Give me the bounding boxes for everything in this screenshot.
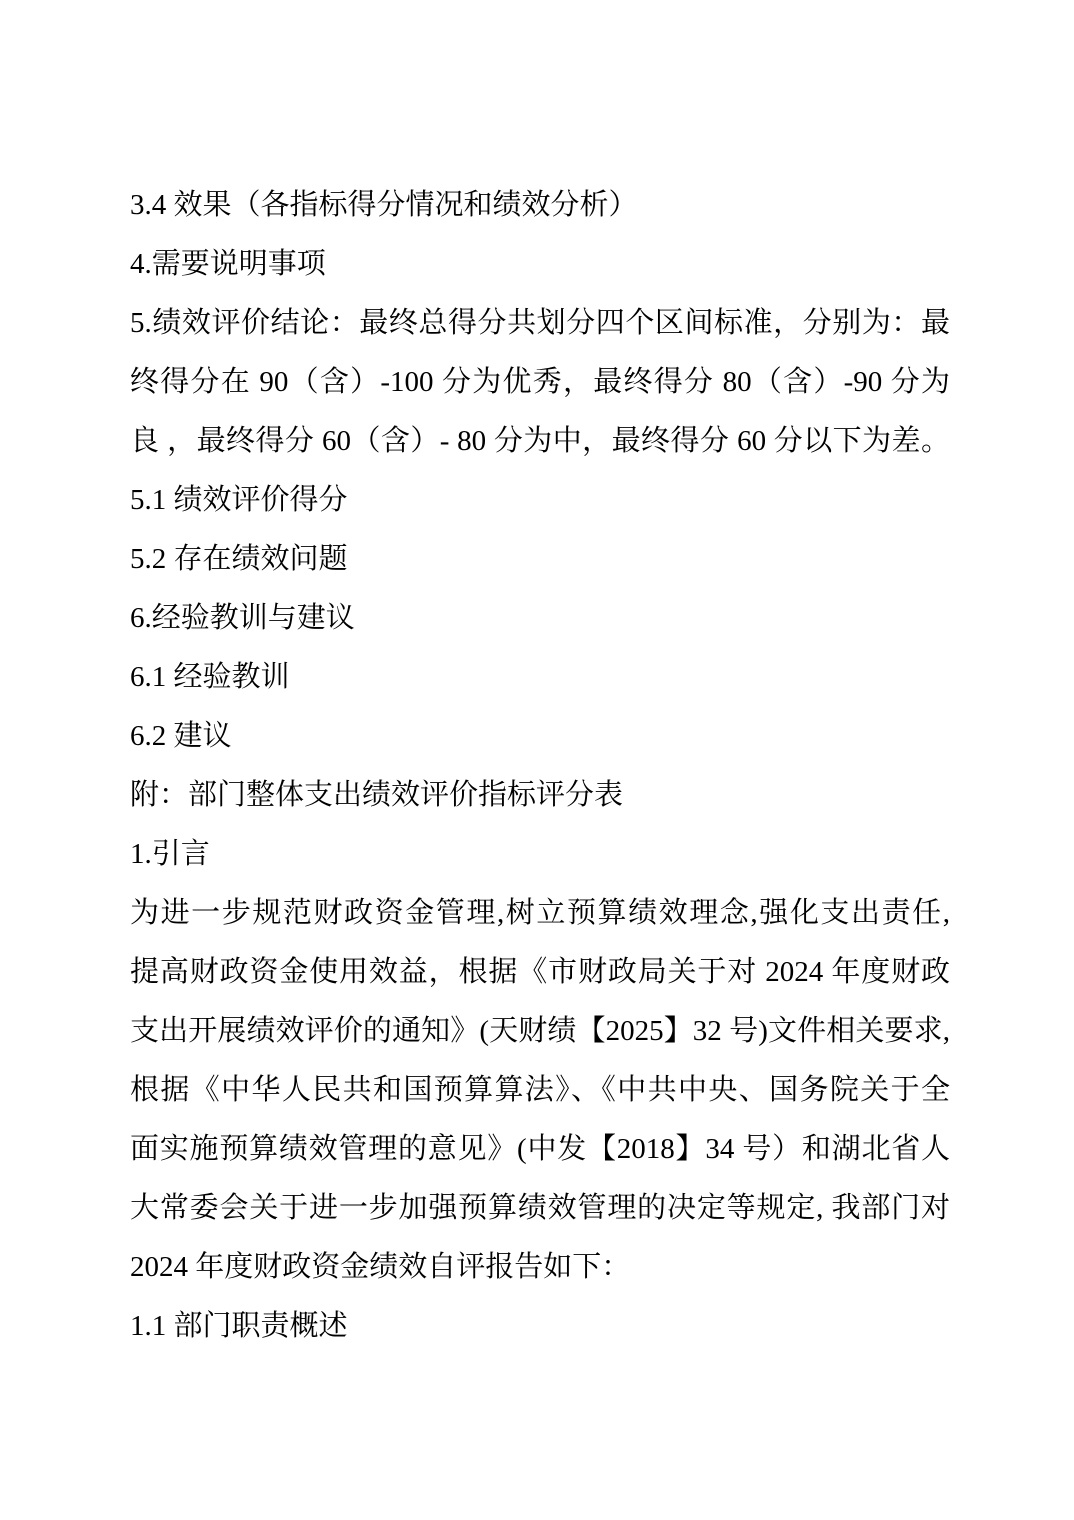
heading-1-1-duties: 1.1 部门职责概述	[130, 1297, 950, 1356]
heading-6-2-suggestions: 6.2 建议	[130, 707, 950, 766]
heading-6-lessons: 6.经验教训与建议	[130, 589, 950, 648]
heading-5-1-score: 5.1 绩效评价得分	[130, 471, 950, 530]
intro-paragraph-line-2: 提高财政资金使用效益，根据《市财政局关于对 2024 年度财政	[130, 943, 950, 1002]
heading-5-conclusion-line-3: 良 ，最终得分 60（含）- 80 分为中，最终得分 60 分以下为差。	[130, 412, 950, 471]
document-page: 3.4 效果（各指标得分情况和绩效分析） 4.需要说明事项 5.绩效评价结论：最…	[0, 0, 1074, 1520]
heading-6-1-experience: 6.1 经验教训	[130, 648, 950, 707]
heading-5-conclusion-line-1: 5.绩效评价结论：最终总得分共划分四个区间标准，分别为：最	[130, 294, 950, 353]
intro-paragraph-line-1: 为进一步规范财政资金管理,树立预算绩效理念,强化支出责任,	[130, 884, 950, 943]
heading-3-4-effect: 3.4 效果（各指标得分情况和绩效分析）	[130, 176, 950, 235]
intro-paragraph-line-3: 支出开展绩效评价的通知》(天财绩【2025】32 号)文件相关要求,	[130, 1002, 950, 1061]
heading-4-notes: 4.需要说明事项	[130, 235, 950, 294]
intro-paragraph-line-5: 面实施预算绩效管理的意见》(中发【2018】34 号）和湖北省人	[130, 1120, 950, 1179]
heading-1-introduction: 1.引言	[130, 825, 950, 884]
document-text-block: 3.4 效果（各指标得分情况和绩效分析） 4.需要说明事项 5.绩效评价结论：最…	[130, 176, 950, 1356]
intro-paragraph-line-7: 2024 年度财政资金绩效自评报告如下：	[130, 1238, 950, 1297]
attachment-note: 附：部门整体支出绩效评价指标评分表	[130, 766, 950, 825]
intro-paragraph-line-4: 根据《中华人民共和国预算算法》、《中共中央、国务院关于全	[130, 1061, 950, 1120]
heading-5-conclusion-line-2: 终得分在 90（含）-100 分为优秀，最终得分 80（含）-90 分为	[130, 353, 950, 412]
heading-5-2-problems: 5.2 存在绩效问题	[130, 530, 950, 589]
intro-paragraph-line-6: 大常委会关于进一步加强预算绩效管理的决定等规定, 我部门对	[130, 1179, 950, 1238]
